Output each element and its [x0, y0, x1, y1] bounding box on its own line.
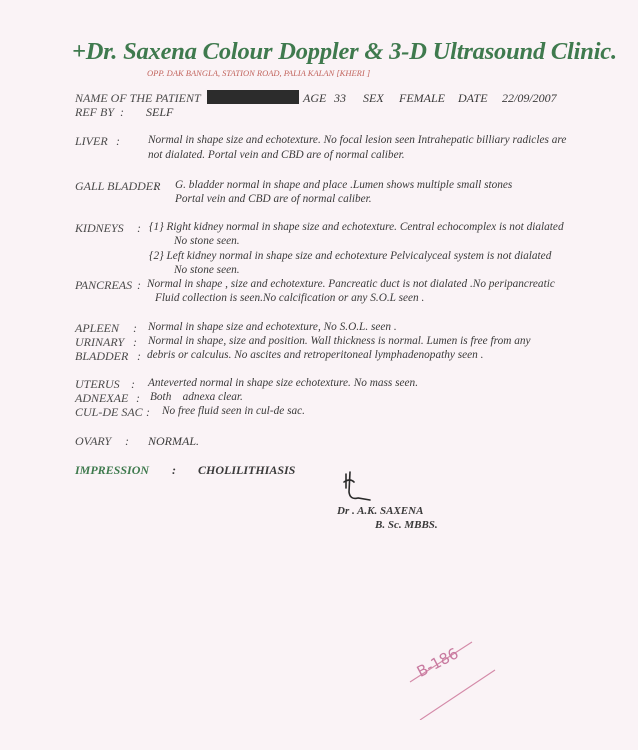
impression-sep: :	[172, 463, 176, 478]
adnexae-line-1: Both adnexa clear.	[150, 391, 243, 403]
clinic-title: +Dr. Saxena Colour Doppler & 3-D Ultraso…	[72, 38, 617, 66]
ovary-label: OVARY	[75, 434, 111, 449]
urinary-bladder-label-2: BLADDER	[75, 349, 128, 364]
urinary-bladder-label-1: URINARY	[75, 335, 124, 350]
spleen-label: APLEEN	[75, 321, 119, 336]
impression-value: CHOLILITHIASIS	[198, 463, 295, 478]
ovary-sep: :	[125, 434, 129, 449]
liver-label: LIVER	[75, 134, 108, 149]
sex-value: FEMALE	[399, 91, 445, 106]
uterus-line-1: Anteverted normal in shape size echotext…	[148, 377, 418, 389]
ref-by-sep: :	[120, 105, 124, 120]
ref-by-value: SELF	[146, 105, 173, 120]
ref-by-label: REF BY	[75, 105, 114, 120]
liver-line-2: not dialated. Portal vein and CBD are of…	[148, 149, 405, 161]
kidneys-line-4: No stone seen.	[174, 264, 240, 276]
date-label: DATE	[458, 91, 488, 106]
kidneys-line-3: {2} Left kidney normal in shape size and…	[149, 250, 551, 262]
gall-bladder-line-1: G. bladder normal in shape and place .Lu…	[175, 179, 512, 191]
pancreas-sep: :	[137, 278, 141, 293]
signatory-qualification: B. Sc. MBBS.	[375, 519, 438, 531]
liver-line-1: Normal in shape size and echotexture. No…	[148, 134, 566, 146]
kidneys-label: KIDNEYS	[75, 221, 124, 236]
age-value: 33	[334, 91, 346, 106]
kidneys-line-2: No stone seen.	[174, 235, 240, 247]
cul-de-sac-label: CUL-DE SAC	[75, 405, 143, 420]
adnexae-sep: :	[136, 391, 140, 406]
spleen-sep: :	[133, 321, 137, 336]
cul-de-sac-sep: :	[146, 405, 150, 420]
ultrasound-report: +Dr. Saxena Colour Doppler & 3-D Ultraso…	[0, 0, 638, 750]
ovary-value: NORMAL.	[148, 434, 199, 449]
urinary-bladder-sep-1: :	[133, 335, 137, 350]
pancreas-line-2: Fluid collection is seen.No calcificatio…	[155, 292, 424, 304]
gall-bladder-label: GALL BLADDER	[75, 179, 160, 194]
kidneys-line-1: {1} Right kidney normal in shape size an…	[149, 221, 564, 233]
redacted-patient-name	[207, 90, 299, 104]
liver-sep: :	[116, 134, 120, 149]
impression-label: IMPRESSION	[75, 463, 149, 478]
clinic-address: OPP. DAK BANGLA, STATION ROAD, PALIA KAL…	[147, 68, 370, 78]
kidneys-sep: :	[137, 221, 141, 236]
signature-mark	[340, 470, 374, 504]
urinary-bladder-line-2: debris or calculus. No ascites and retro…	[147, 349, 483, 361]
adnexae-label: ADNEXAE	[75, 391, 128, 406]
uterus-label: UTERUS	[75, 377, 120, 392]
patient-name-label: NAME OF THE PATIENT	[75, 91, 201, 106]
pancreas-label: PANCREAS	[75, 278, 132, 293]
date-value: 22/09/2007	[502, 91, 557, 106]
pancreas-line-1: Normal in shape , size and echotexture. …	[147, 278, 555, 290]
signatory-name: Dr . A.K. SAXENA	[337, 505, 423, 517]
sex-label: SEX	[363, 91, 384, 106]
spleen-line-1: Normal in shape size and echotexture, No…	[148, 321, 397, 333]
cul-de-sac-line-1: No free fluid seen in cul-de sac.	[162, 405, 305, 417]
gall-bladder-line-2: Portal vein and CBD are of normal calibe…	[175, 193, 372, 205]
urinary-bladder-line-1: Normal in shape, size and position. Wall…	[148, 335, 531, 347]
age-label: AGE	[303, 91, 326, 106]
uterus-sep: :	[131, 377, 135, 392]
urinary-bladder-sep-2: :	[137, 349, 141, 364]
gall-bladder-sep: :	[154, 179, 158, 194]
